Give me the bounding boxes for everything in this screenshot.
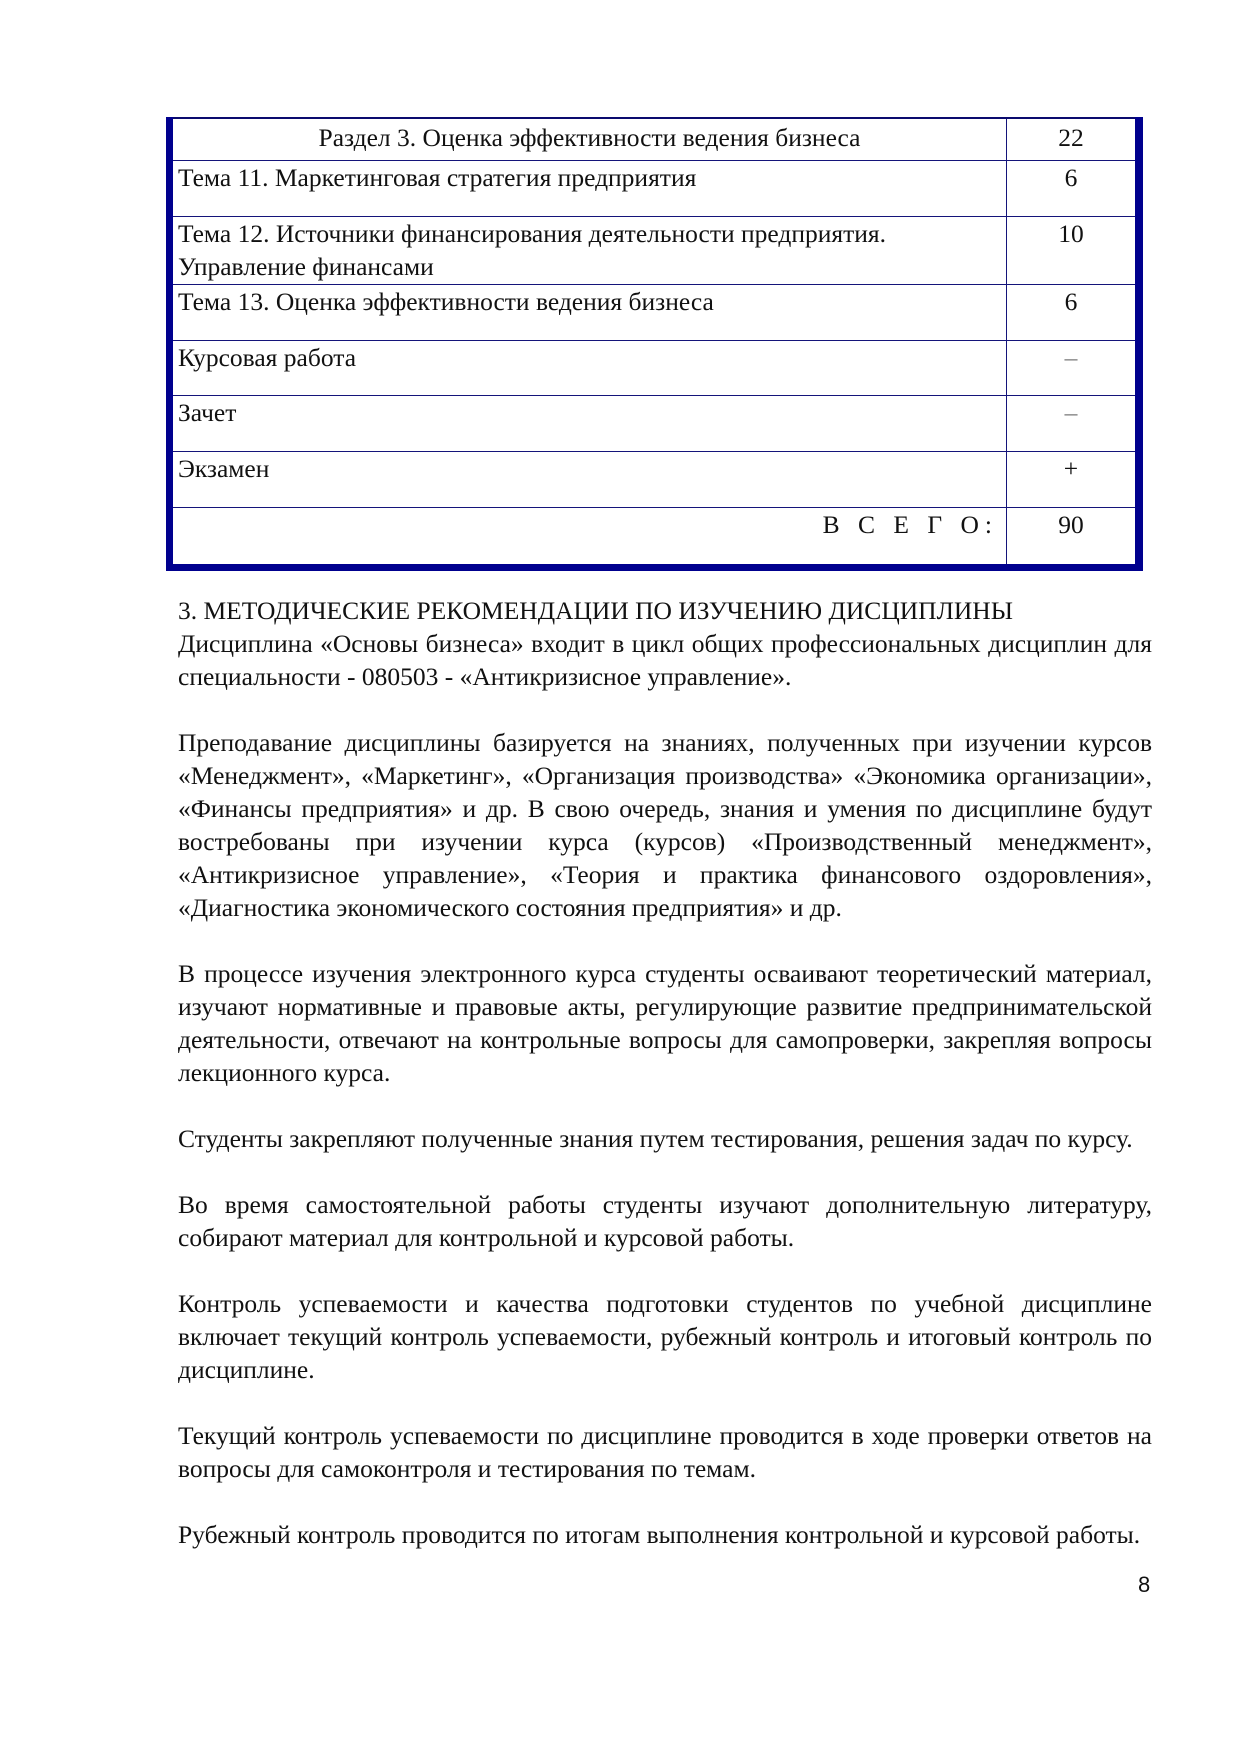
hours-cell: 22	[1007, 118, 1140, 161]
hours-table: Раздел 3. Оценка эффективности ведения б…	[166, 117, 1143, 571]
table-row: Курсовая работа –	[170, 341, 1140, 396]
topic-cell: Курсовая работа	[170, 341, 1007, 396]
table-row: Тема 12. Источники финансирования деятел…	[170, 217, 1140, 285]
topic-cell: Экзамен	[170, 452, 1007, 508]
section-title-cell: Раздел 3. Оценка эффективности ведения б…	[170, 118, 1007, 161]
hours-cell: 6	[1007, 285, 1140, 341]
paragraph: Дисциплина «Основы бизнеса» входит в цик…	[178, 627, 1152, 693]
paragraph: В процессе изучения электронного курса с…	[178, 957, 1152, 1089]
hours-cell: 6	[1007, 161, 1140, 217]
total-hours-cell: 90	[1007, 508, 1140, 568]
paragraph: Рубежный контроль проводится по итогам в…	[178, 1518, 1152, 1551]
page-number: 8	[1138, 1572, 1150, 1598]
topic-line: Управление финансами	[178, 250, 1001, 283]
paragraph: Текущий контроль успеваемости по дисципл…	[178, 1419, 1152, 1485]
table-row: Тема 13. Оценка эффективности ведения би…	[170, 285, 1140, 341]
paragraph: Преподавание дисциплины базируется на зн…	[178, 726, 1152, 924]
methodical-recommendations-section: 3. МЕТОДИЧЕСКИЕ РЕКОМЕНДАЦИИ ПО ИЗУЧЕНИЮ…	[178, 594, 1152, 1551]
hours-cell: 10	[1007, 217, 1140, 285]
hours-cell: –	[1007, 341, 1140, 396]
table-row: Тема 11. Маркетинговая стратегия предпри…	[170, 161, 1140, 217]
paragraph: Контроль успеваемости и качества подгото…	[178, 1287, 1152, 1386]
paragraph: Студенты закрепляют полученные знания пу…	[178, 1122, 1152, 1155]
hours-cell: +	[1007, 452, 1140, 508]
paragraph: Во время самостоятельной работы студенты…	[178, 1188, 1152, 1254]
topic-cell: Тема 12. Источники финансирования деятел…	[170, 217, 1007, 285]
table-row-total: В С Е Г О: 90	[170, 508, 1140, 568]
section-heading: 3. МЕТОДИЧЕСКИЕ РЕКОМЕНДАЦИИ ПО ИЗУЧЕНИЮ…	[178, 594, 1152, 627]
table-row-section-3: Раздел 3. Оценка эффективности ведения б…	[170, 118, 1140, 161]
table-row: Зачет –	[170, 396, 1140, 452]
topic-line: Тема 12. Источники финансирования деятел…	[178, 217, 1001, 250]
topic-cell: Тема 11. Маркетинговая стратегия предпри…	[170, 161, 1007, 217]
table-row: Экзамен +	[170, 452, 1140, 508]
topic-cell: Зачет	[170, 396, 1007, 452]
total-label-cell: В С Е Г О:	[170, 508, 1007, 568]
hours-cell: –	[1007, 396, 1140, 452]
topic-cell: Тема 13. Оценка эффективности ведения би…	[170, 285, 1007, 341]
